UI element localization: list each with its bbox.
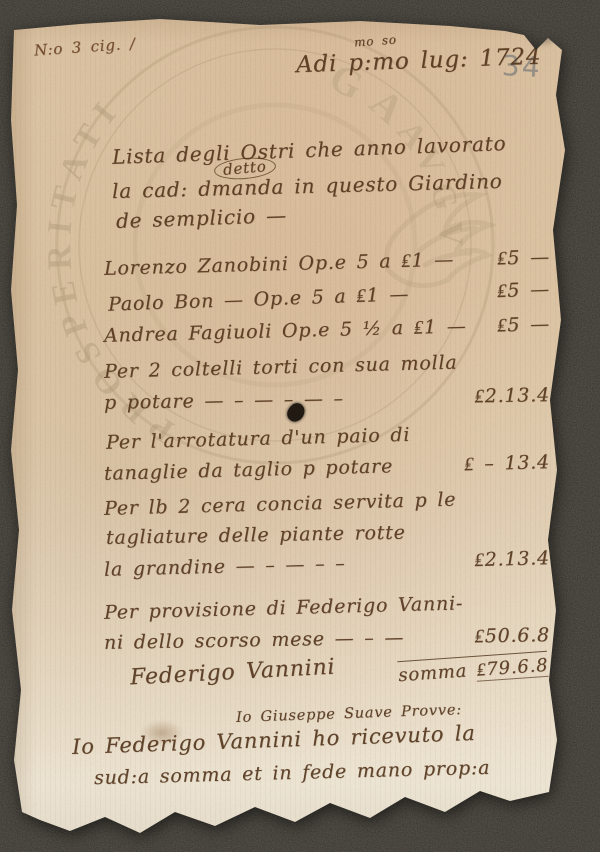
ledger-amount: ₤2.13.4 [474,384,550,408]
ledger-text: la grandine — – — – – [104,553,346,582]
paragraph-line: de semplicio — [116,203,288,233]
ledger-text: Paolo Bon — Op.e 5 a ₤1 — [108,283,410,316]
paper-edge-shadow [530,30,556,44]
ledger-amount: ₤5 — [497,278,551,303]
ledger-text: p potare — – — – — – [104,388,344,415]
ledger-amount: ₤50.6.8 [474,624,550,648]
paragraph-line: la cad: dmanda in questo Giardino [112,169,503,203]
ledger-text: ni dello scorso mese — – — [104,627,405,655]
ledger-text: Per l'arrotatura d'un paio di [106,424,411,454]
ledger-amount: ₤2.13.4 [474,547,550,572]
ledger-text: Andrea Fagiuoli Op.e 5 ½ a ₤1 — [104,315,467,347]
ledger-amount [550,486,551,508]
ledger-row-item: p potare — – — – — –₤2.13.4 [104,384,550,415]
ledger-row-worker: Lorenzo Zanobini Op.e 5 a ₤1 —₤5 — [104,246,550,281]
ledger-text: Per 2 coltelli torti con sua molla [104,352,458,383]
ledger-text: tagliature delle piante rotte [106,522,406,549]
ledger-row-item: Per lb 2 cera concia servita p le [104,486,550,520]
header-flourish: mo so [354,33,398,50]
ledger-text: Per lb 2 cera concia servita p le [104,489,457,520]
ledger-amount: ₤5 — [497,246,550,270]
ledger-text: tanaglie da taglio p potare [104,455,394,486]
ledger-amount: ₤ – 13.4 [464,451,550,476]
ledger-row-item: Per 2 coltelli torti con sua molla [104,349,550,383]
ledger-text: Per provisione di Federigo Vanni- [104,592,464,623]
ledger-row-item: tagliature delle piante rotte [106,519,550,549]
ledger-row-worker: Andrea Fagiuoli Op.e 5 ½ a ₤1 —₤5 — [104,313,550,348]
watermark-outer-circle-2 [79,49,471,441]
ledger-row-item: Per l'arrotatura d'un paio di [106,420,550,454]
ledger-text: Lorenzo Zanobini Op.e 5 a ₤1 — [104,249,455,281]
ledger-amount [550,420,551,442]
ledger-amount [550,590,551,612]
ledger-row-item: Per provisione di Federigo Vanni- [104,590,550,624]
ledger-row-worker: Paolo Bon — Op.e 5 a ₤1 —₤5 — [108,278,551,316]
paper-wrap: PROSPERITATI GA AVGV N:o 3 cig. / 34 mo … [0,0,600,852]
receipt-line: Io Federigo Vannini ho ricevuto la [72,721,476,759]
receipt-line: sud:a somma et in fede mano prop:a [94,757,491,789]
ledger-row-item: ni dello scorso mese — – —₤50.6.8 [104,624,550,655]
total-label: somma [398,660,468,686]
ledger-amount [550,349,551,371]
signature: Federigo Vannini [129,655,335,691]
ink-smudge [140,720,184,746]
ledger-amount: ₤5 — [497,313,550,337]
manuscript-paper: PROSPERITATI GA AVGV N:o 3 cig. / 34 mo … [0,0,600,852]
total-line: somma ₤79.6.8 [397,651,549,686]
ledger-row-item: la grandine — – — – –₤2.13.4 [104,547,550,582]
ledger-row-item: tanaglie da taglio p potare₤ – 13.4 [104,451,550,486]
corner-note: N:o 3 cig. / [33,34,136,59]
paragraph-line: Lista degli Ostri che anno lavorato [112,131,507,169]
total-amount: ₤79.6.8 [476,655,549,682]
